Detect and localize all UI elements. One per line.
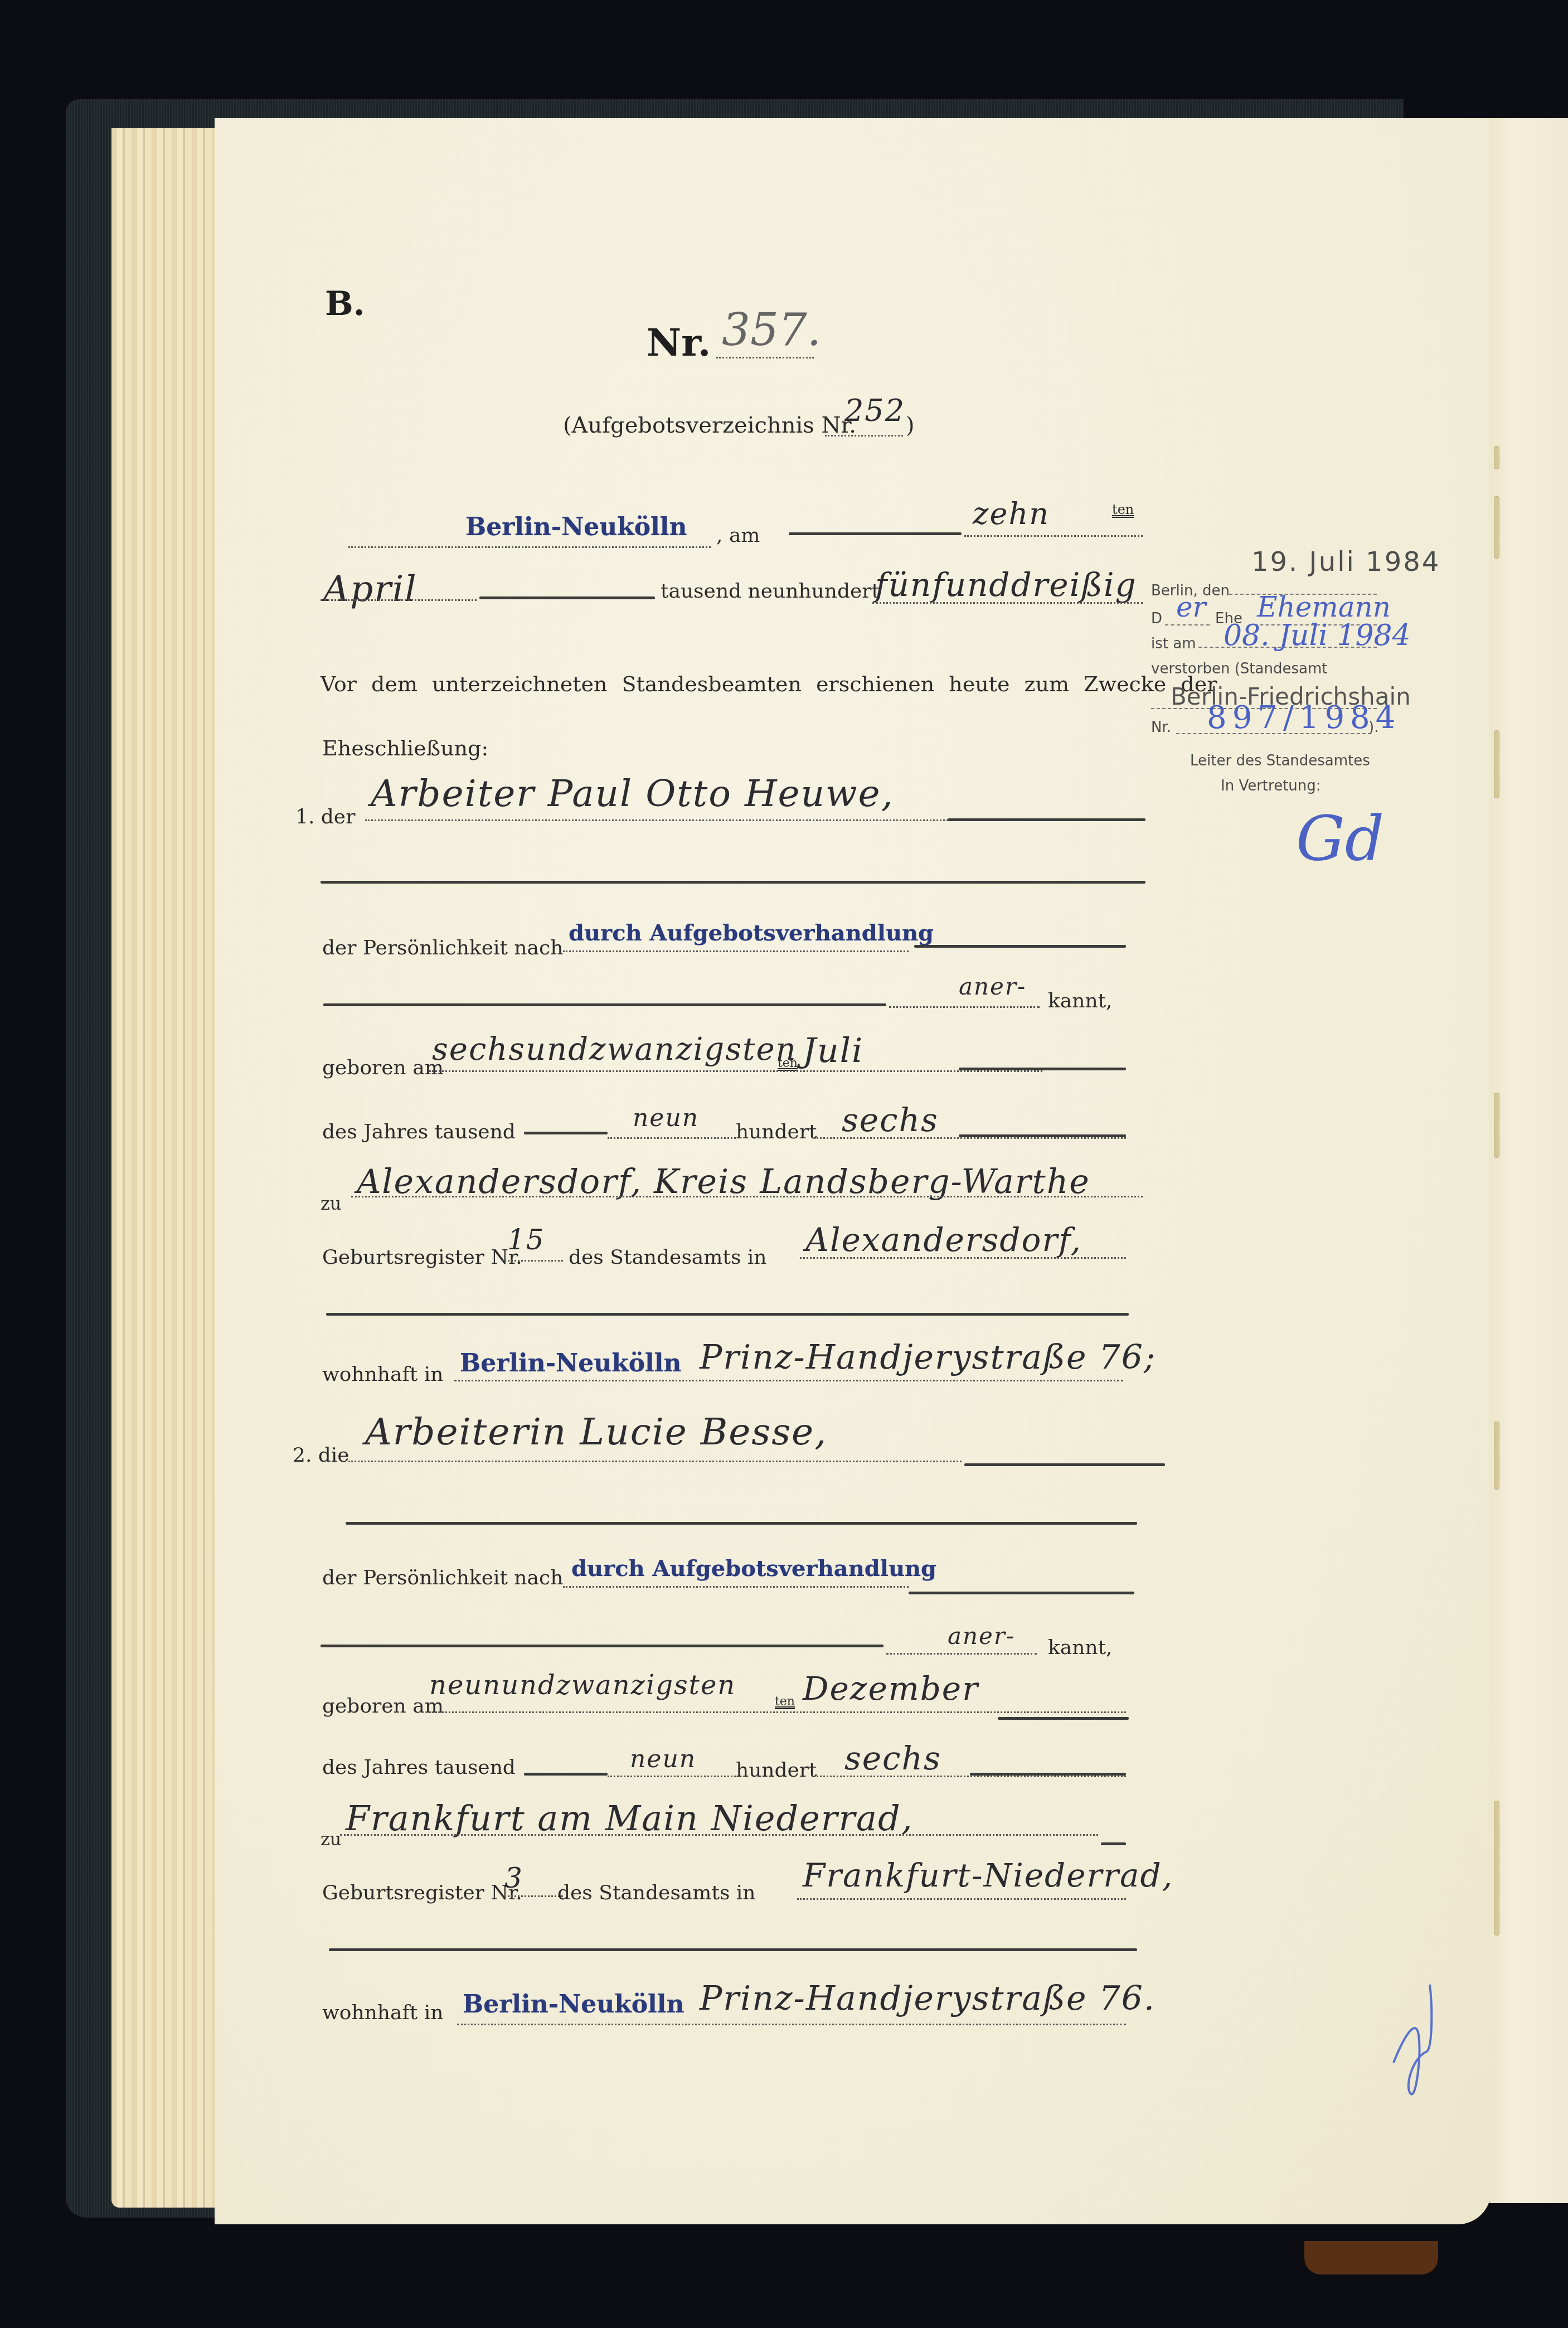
margin-ist-am-label: ist am <box>1151 636 1196 652</box>
person1-born-day-suffix: ten <box>778 1056 798 1070</box>
margin-date-stamp: 19. Juli 1984 <box>1251 546 1440 578</box>
person2-place-prefix: zu <box>321 1829 341 1850</box>
person2-year-century: neun <box>630 1745 696 1773</box>
person1-born-day: sechsundzwanzigsten <box>432 1031 797 1068</box>
dotted-line <box>1165 624 1210 625</box>
filled-rule <box>970 1773 1126 1776</box>
person2-identity-label: der Persönlichkeit nach <box>322 1566 563 1589</box>
filled-rule <box>479 596 655 599</box>
dotted-line <box>348 1461 962 1462</box>
corner-stain <box>1304 2241 1438 2274</box>
dotted-line <box>563 1586 909 1588</box>
filled-rule <box>321 1645 883 1647</box>
person1-year: sechs <box>842 1101 939 1139</box>
record-number-value: 357. <box>722 304 821 356</box>
filled-rule <box>964 1463 1165 1466</box>
margin-signature: Gd <box>1296 803 1384 874</box>
dotted-line <box>872 602 1143 604</box>
dotted-line <box>608 1776 736 1777</box>
filled-rule <box>524 1132 608 1134</box>
page-stack-edge <box>111 128 229 2208</box>
filled-rule <box>909 1592 1134 1594</box>
filled-rule <box>948 818 1145 821</box>
banns-register-close: ) <box>906 413 915 438</box>
person2-register-office: Frankfurt-Niederrad, <box>803 1856 1173 1894</box>
binding-stitch <box>1494 446 1499 469</box>
filled-rule <box>321 881 1145 884</box>
pen-check-mark-icon <box>1382 1973 1444 2124</box>
dotted-line <box>814 1137 1126 1139</box>
filled-rule <box>998 1717 1129 1720</box>
person1-identity-label: der Persönlichkeit nach <box>322 937 563 959</box>
dotted-line <box>457 2024 1126 2025</box>
margin-nr-close: ). <box>1368 719 1378 736</box>
person1-identity-stamp: durch Aufgebotsverhandlung <box>569 920 934 946</box>
filled-rule <box>914 945 1126 948</box>
dotted-line <box>348 546 711 548</box>
banns-register-number: 252 <box>844 393 905 428</box>
dotted-line <box>608 1137 736 1139</box>
banns-register-label: (Aufgebotsverzeichnis Nr. <box>563 413 856 438</box>
person2-register-number: 3 <box>504 1862 523 1894</box>
person1-place-prefix: zu <box>321 1193 341 1214</box>
dotted-line <box>321 599 477 601</box>
dotted-line <box>716 357 814 358</box>
dotted-line <box>1176 733 1371 734</box>
person2-known-handwritten: aner- <box>948 1622 1015 1650</box>
dotted-line <box>814 1776 1126 1777</box>
person1-born-month: Juli <box>803 1031 863 1070</box>
year-handwritten: fünfunddreißig <box>875 566 1137 604</box>
margin-nr-label: Nr. <box>1151 719 1171 736</box>
person2-name: Arbeiterin Lucie Besse, <box>365 1410 827 1453</box>
person2-born-day: neunundzwanzigsten <box>429 1670 736 1701</box>
person1-year-label: des Jahres tausend <box>322 1121 516 1143</box>
person1-register-office-label: des Standesamts in <box>569 1246 767 1269</box>
day-suffix: ten <box>1112 502 1134 517</box>
dotted-line <box>563 950 909 952</box>
person1-residence-stamp: Berlin-Neukölln <box>460 1349 682 1378</box>
filled-rule <box>323 1003 886 1006</box>
person1-register-number: 15 <box>507 1224 545 1256</box>
person2-year: sechs <box>844 1739 941 1777</box>
facing-page-edge <box>1489 118 1568 2203</box>
dotted-line <box>502 1260 563 1262</box>
dotted-line <box>889 1006 1040 1008</box>
margin-d-handwritten: er <box>1176 591 1206 623</box>
margin-vertretung-label: In Vertretung: <box>1221 778 1321 794</box>
person1-index: 1. der <box>295 806 355 828</box>
dotted-line <box>825 435 903 437</box>
margin-verstorben-label: verstorben (Standesamt <box>1151 661 1327 677</box>
person1-residence: Prinz-Handjerystraße 76; <box>700 1338 1156 1377</box>
person2-known-printed: kannt, <box>1048 1636 1113 1659</box>
person1-hundert-label: hundert <box>736 1121 817 1143</box>
person1-known-printed: kannt, <box>1048 990 1113 1012</box>
binding-stitch <box>1494 496 1499 559</box>
dotted-line <box>502 1895 563 1897</box>
dotted-line <box>886 1653 1037 1655</box>
filled-rule <box>959 1068 1126 1070</box>
person2-index: 2. die <box>293 1444 349 1467</box>
section-letter: B. <box>325 284 365 323</box>
filled-rule <box>959 1134 1126 1137</box>
person2-year-label: des Jahres tausend <box>322 1756 516 1779</box>
binding-stitch <box>1494 1422 1499 1490</box>
person1-known-handwritten: aner- <box>959 973 1026 1000</box>
person1-register-office: Alexandersdorf, <box>805 1221 1082 1259</box>
intro-line-1: Vor dem unterzeichneten Standesbeamten e… <box>321 672 1217 696</box>
dotted-line <box>454 1380 1123 1381</box>
month-handwritten: April <box>323 569 418 610</box>
dotted-line <box>964 535 1143 537</box>
margin-d-label: D <box>1151 610 1162 627</box>
binding-stitch <box>1494 1093 1499 1158</box>
person2-born-month: Dezember <box>803 1670 979 1708</box>
binding-stitch <box>1494 730 1499 798</box>
person2-register-office-label: des Standesamts in <box>557 1881 756 1904</box>
person1-residence-label: wohnhaft in <box>322 1363 443 1386</box>
day-handwritten: zehn <box>973 496 1050 531</box>
intro-line-2: Eheschließung: <box>322 736 488 760</box>
person1-name: Arbeiter Paul Otto Heuwe, <box>371 772 894 815</box>
filled-rule <box>346 1522 1137 1525</box>
place-stamp: Berlin-Neukölln <box>465 513 687 541</box>
person1-year-century: neun <box>633 1104 699 1132</box>
filled-rule <box>326 1313 1129 1316</box>
person1-born-label: geboren am <box>322 1056 444 1079</box>
year-printed: tausend neunhundert <box>661 580 880 603</box>
person2-hundert-label: hundert <box>736 1759 817 1782</box>
person1-register-label: Geburtsregister Nr. <box>322 1246 522 1269</box>
dotted-line <box>1198 647 1377 648</box>
dotted-line <box>797 1898 1126 1900</box>
am-label: , am <box>716 524 760 547</box>
filled-rule <box>329 1948 1137 1951</box>
person2-identity-stamp: durch Aufgebotsverhandlung <box>571 1555 936 1582</box>
person2-residence: Prinz-Handjerystraße 76. <box>700 1979 1156 2018</box>
margin-leiter-label: Leiter des Standesamtes <box>1190 753 1370 769</box>
person2-born-day-suffix: ten <box>775 1695 795 1709</box>
person2-residence-label: wohnhaft in <box>322 2001 443 2024</box>
record-number-label: Nr. <box>647 321 711 365</box>
dotted-line <box>351 1196 1143 1197</box>
dotted-line <box>340 1834 1098 1836</box>
filled-rule <box>1101 1842 1126 1845</box>
filled-rule <box>789 532 962 535</box>
dotted-line <box>800 1257 1126 1259</box>
person2-register-label: Geburtsregister Nr. <box>322 1881 522 1904</box>
dotted-line <box>429 1711 1126 1713</box>
filled-rule <box>524 1773 608 1776</box>
person2-born-label: geboren am <box>322 1695 444 1718</box>
binding-stitch <box>1494 1801 1499 1936</box>
person2-residence-stamp: Berlin-Neukölln <box>463 1990 685 2019</box>
dotted-line <box>429 1070 1042 1072</box>
person2-birthplace: Frankfurt am Main Niederrad, <box>346 1798 913 1839</box>
